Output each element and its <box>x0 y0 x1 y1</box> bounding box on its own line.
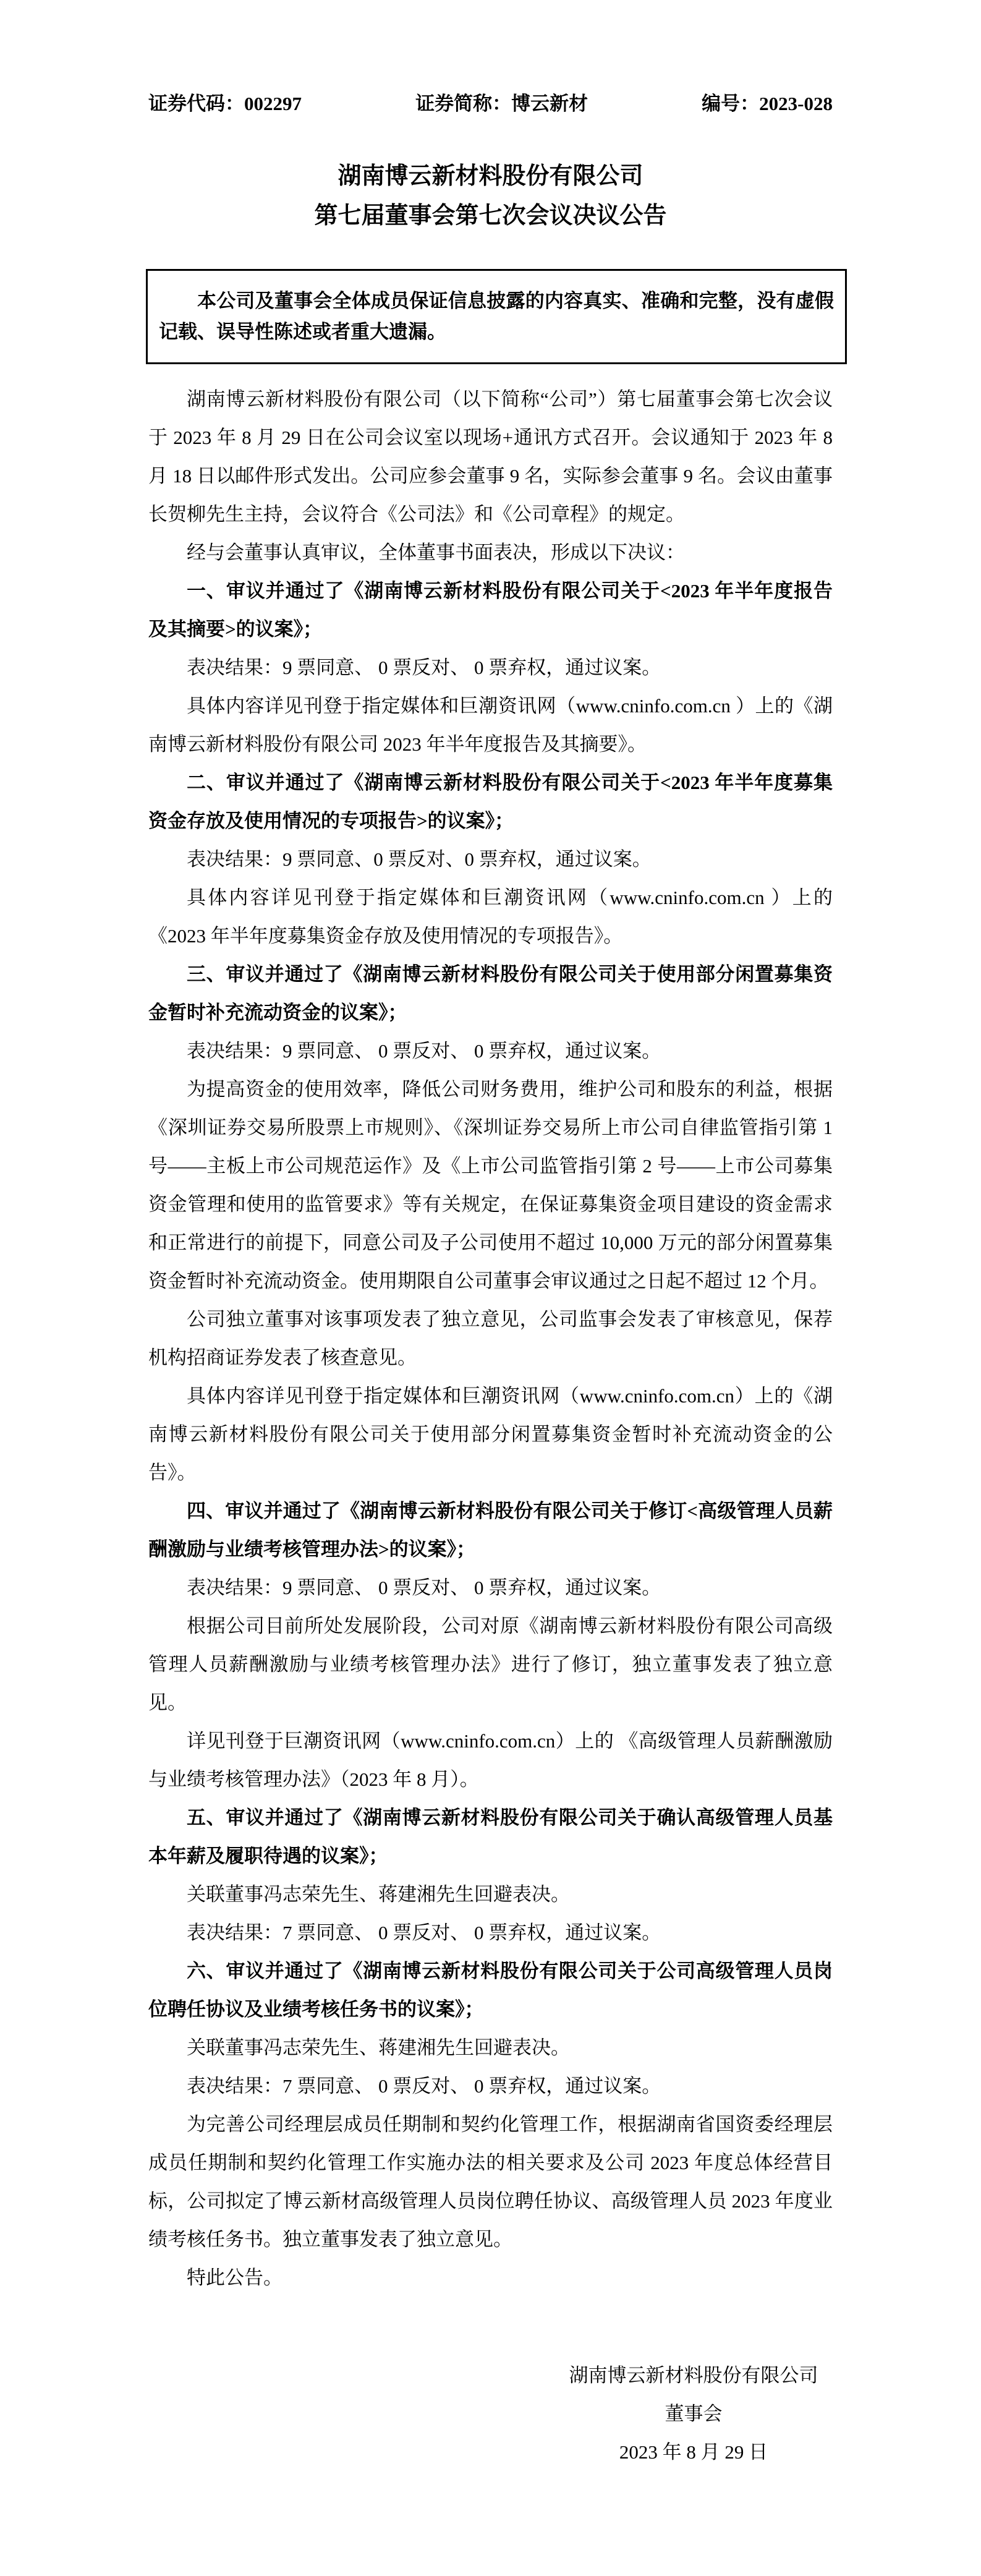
body-paragraph: 具体内容详见刊登于指定媒体和巨潮资讯网（www.cninfo.com.cn ）上… <box>148 687 833 764</box>
signature-board: 董事会 <box>554 2395 833 2433</box>
body-paragraph: 具体内容详见刊登于指定媒体和巨潮资讯网（www.cninfo.com.cn）上的… <box>148 1377 833 1492</box>
body-paragraph: 表决结果：9 票同意、 0 票反对、 0 票弃权，通过议案。 <box>148 649 833 687</box>
body-paragraph: 表决结果：7 票同意、 0 票反对、 0 票弃权，通过议案。 <box>148 1914 833 1952</box>
body-paragraph: 关联董事冯志荣先生、蒋建湘先生回避表决。 <box>148 2029 833 2067</box>
announcement-page: 证券代码：002297 证券简称：博云新材 编号：2023-028 湖南博云新材… <box>0 0 981 2576</box>
body-paragraph: 表决结果：9 票同意、 0 票反对、 0 票弃权，通过议案。 <box>148 1032 833 1070</box>
resolution-item-heading: 五、审议并通过了《湖南博云新材料股份有限公司关于确认高级管理人员基本年薪及履职待… <box>148 1799 833 1875</box>
resolution-item-heading: 二、审议并通过了《湖南博云新材料股份有限公司关于<2023 年半年度募集资金存放… <box>148 764 833 840</box>
signature-company: 湖南博云新材料股份有限公司 <box>554 2356 833 2395</box>
body-paragraph: 特此公告。 <box>148 2259 833 2297</box>
body-paragraph: 关联董事冯志荣先生、蒋建湘先生回避表决。 <box>148 1875 833 1914</box>
doc-number: 编号：2023-028 <box>702 90 833 117</box>
body-paragraph: 详见刊登于巨潮资讯网（www.cninfo.com.cn）上的 《高级管理人员薪… <box>148 1722 833 1799</box>
resolution-item-heading: 一、审议并通过了《湖南博云新材料股份有限公司关于<2023 年半年度报告及其摘要… <box>148 572 833 649</box>
disclaimer-text: 本公司及董事会全体成员保证信息披露的内容真实、准确和完整，没有虚假记载、误导性陈… <box>159 286 834 348</box>
body-paragraph: 表决结果：7 票同意、 0 票反对、 0 票弃权，通过议案。 <box>148 2067 833 2105</box>
body-paragraph: 根据公司目前所处发展阶段，公司对原《湖南博云新材料股份有限公司高级管理人员薪酬激… <box>148 1607 833 1722</box>
body-paragraph: 湖南博云新材料股份有限公司（以下简称“公司”）第七届董事会第七次会议于 2023… <box>148 380 833 534</box>
body-paragraph: 具体内容详见刊登于指定媒体和巨潮资讯网（www.cninfo.com.cn ）上… <box>148 879 833 955</box>
resolution-item-heading: 三、审议并通过了《湖南博云新材料股份有限公司关于使用部分闲置募集资金暂时补充流动… <box>148 955 833 1032</box>
body-paragraph: 公司独立董事对该事项发表了独立意见，公司监事会发表了审核意见，保荐机构招商证券发… <box>148 1300 833 1377</box>
stock-code: 证券代码：002297 <box>148 90 302 117</box>
resolution-item-heading: 六、审议并通过了《湖南博云新材料股份有限公司关于公司高级管理人员岗位聘任协议及业… <box>148 1952 833 2029</box>
body-paragraph: 为完善公司经理层成员任期制和契约化管理工作，根据湖南省国资委经理层成员任期制和契… <box>148 2105 833 2259</box>
signature-block: 湖南博云新材料股份有限公司 董事会 2023 年 8 月 29 日 <box>554 2356 833 2472</box>
stock-name: 证券简称：博云新材 <box>415 90 588 117</box>
resolution-item-heading: 四、审议并通过了《湖南博云新材料股份有限公司关于修订<高级管理人员薪酬激励与业绩… <box>148 1492 833 1569</box>
body-paragraph: 表决结果：9 票同意、 0 票反对、 0 票弃权，通过议案。 <box>148 1569 833 1607</box>
disclaimer-box: 本公司及董事会全体成员保证信息披露的内容真实、准确和完整，没有虚假记载、误导性陈… <box>146 269 847 364</box>
signature-date: 2023 年 8 月 29 日 <box>554 2433 833 2472</box>
body-paragraph: 为提高资金的使用效率，降低公司财务费用，维护公司和股东的利益，根据《深圳证券交易… <box>148 1070 833 1300</box>
body-paragraph: 经与会董事认真审议，全体董事书面表决，形成以下决议： <box>148 534 833 572</box>
document-body: 湖南博云新材料股份有限公司（以下简称“公司”）第七届董事会第七次会议于 2023… <box>148 380 833 2297</box>
body-paragraph: 表决结果：9 票同意、0 票反对、0 票弃权，通过议案。 <box>148 840 833 879</box>
page-subtitle: 第七届董事会第七次会议决议公告 <box>148 202 833 230</box>
page-title: 湖南博云新材料股份有限公司 <box>148 162 833 190</box>
header-row: 证券代码：002297 证券简称：博云新材 编号：2023-028 <box>148 90 833 117</box>
